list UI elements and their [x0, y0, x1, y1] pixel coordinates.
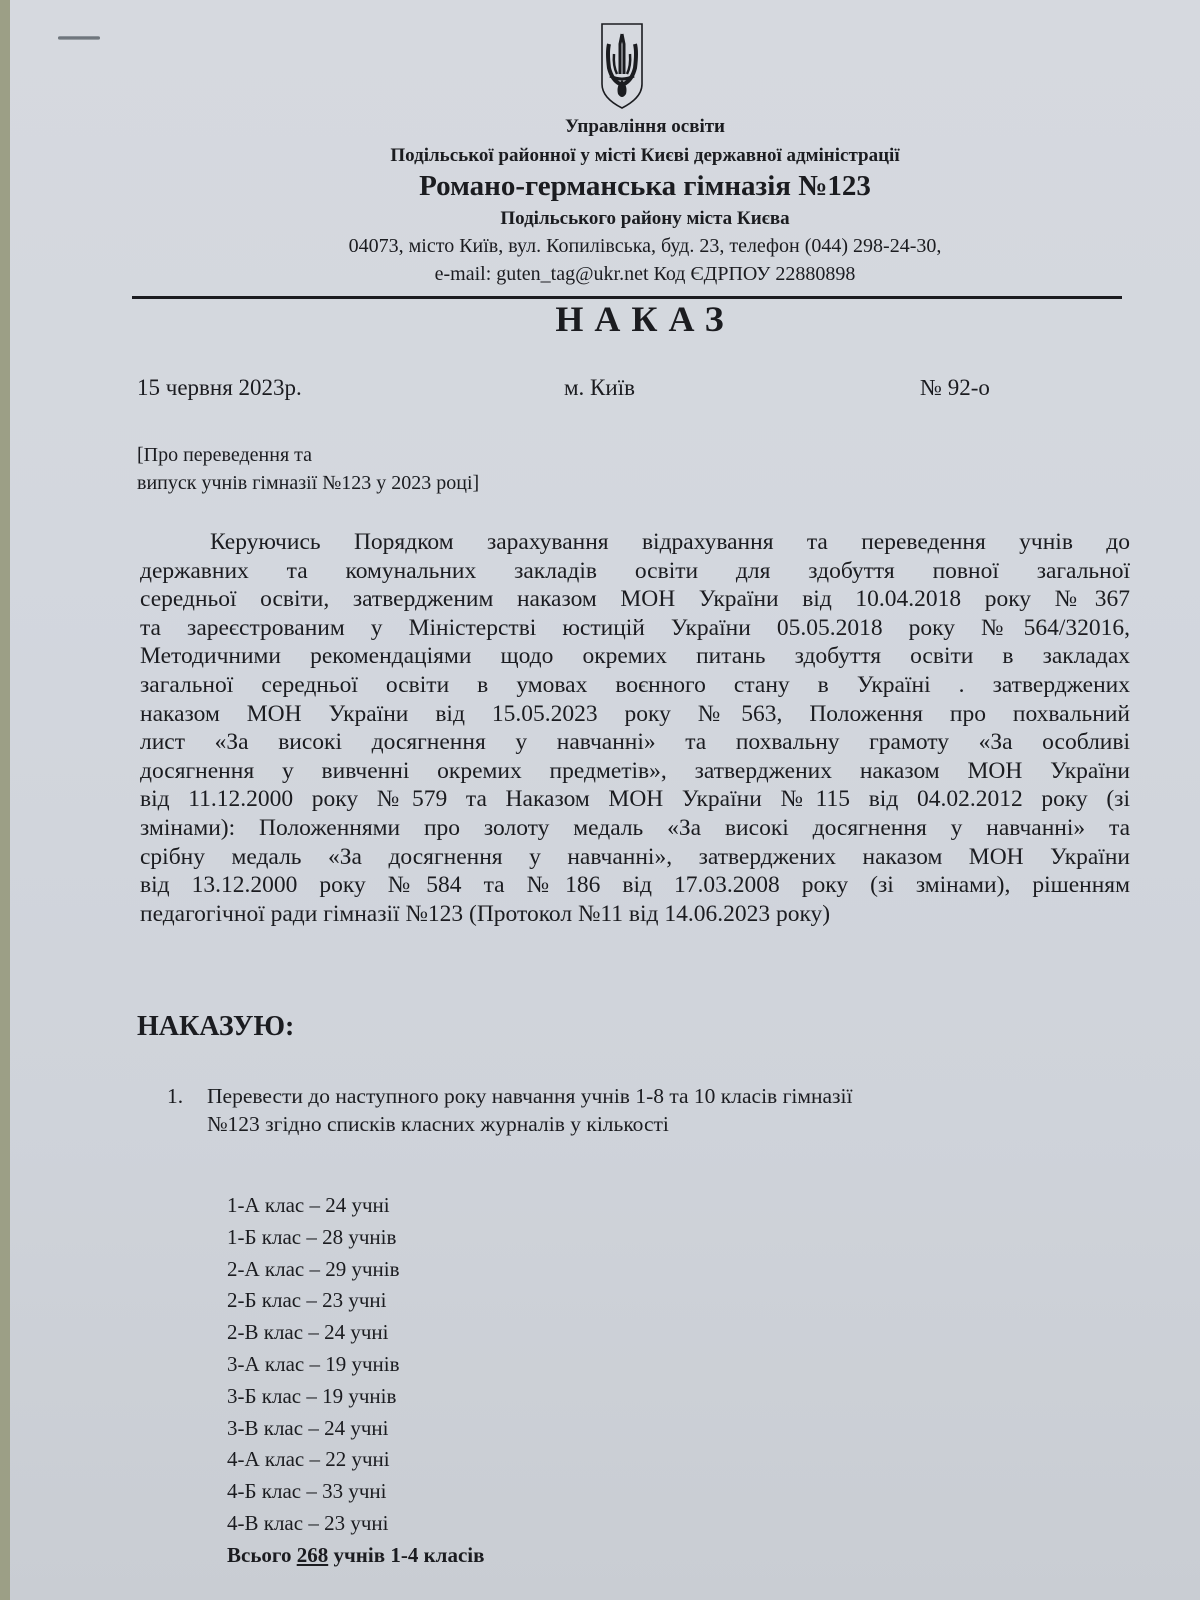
order-item-1: 1.Перевести до наступного року навчання …: [167, 1082, 852, 1138]
class-list-item: 2-А клас – 29 учнів: [227, 1254, 484, 1286]
preamble-line: загальної середньої освіти в умовах воєн…: [140, 671, 1130, 700]
order-date: 15 червня 2023р.: [137, 376, 302, 399]
class-list: 1-А клас – 24 учні 1-Б клас – 28 учнів 2…: [227, 1190, 484, 1572]
class-list-item: 2-Б клас – 23 учні: [227, 1285, 484, 1317]
preamble-line: Методичними рекомендаціями щодо окремих …: [140, 642, 1130, 671]
order-number: № 92-о: [920, 376, 990, 399]
coat-of-arms-of-ukraine-icon: [598, 14, 646, 110]
class-list-item: 3-Б клас – 19 учнів: [227, 1381, 484, 1413]
order-item-number: 1.: [167, 1082, 207, 1110]
letterhead-administration: Подільської районної у місті Києві держа…: [10, 146, 1200, 165]
class-list-item: 3-В клас – 24 учні: [227, 1413, 484, 1445]
class-list-item: 4-Б клас – 33 учні: [227, 1476, 484, 1508]
class-list-item: 4-А клас – 22 учні: [227, 1444, 484, 1476]
preamble-line: від 13.12.2000 року №584 та №186 від 17.…: [140, 871, 1130, 900]
preamble-paragraph: Керуючись Порядком зарахування відрахува…: [140, 528, 1130, 928]
preamble-line: від 11.12.2000 року №579 та Наказом МОН …: [140, 785, 1130, 814]
document-title: НАКАЗ: [10, 301, 1200, 337]
class-list-item: 1-А клас – 24 учні: [227, 1190, 484, 1222]
order-subject-line: [Про переведення та: [137, 441, 479, 469]
preamble-line: державних та комунальних закладів освіти…: [140, 557, 1130, 586]
staple-icon: [58, 36, 100, 40]
class-total-suffix: учнів 1-4 класів: [328, 1543, 484, 1567]
order-item-text: Перевести до наступного року навчання уч…: [207, 1084, 852, 1108]
preamble-line: срібну медаль «За досягнення у навчанні»…: [140, 843, 1130, 872]
order-heading: НАКАЗУЮ:: [137, 1013, 294, 1041]
preamble-line: наказом МОН України від 15.05.2023 року …: [140, 700, 1130, 729]
order-item-text-continued: №123 згідно списків класних журналів у к…: [167, 1110, 852, 1138]
letterhead-address: 04073, місто Київ, вул. Копилівська, буд…: [10, 236, 1200, 256]
class-total: Всього 268 учнів 1-4 класів: [227, 1540, 484, 1572]
preamble-line: лист «За високі досягнення у навчанні» т…: [140, 728, 1130, 757]
preamble-line: та зареєстрованим у Міністерстві юстицій…: [140, 614, 1130, 643]
letterhead-district: Подільського району міста Києва: [10, 209, 1200, 228]
letterhead-school-name: Романо-германська гімназія №123: [10, 172, 1200, 201]
document-page: Управління освіти Подільської районної у…: [10, 0, 1200, 1600]
preamble-line: середньої освіти, затвердженим наказом М…: [140, 585, 1130, 614]
class-total-prefix: Всього: [227, 1543, 297, 1567]
preamble-line: змінами): Положеннями про золоту медаль …: [140, 814, 1130, 843]
preamble-line: досягнення у вивченні окремих предметів»…: [140, 757, 1130, 786]
class-list-item: 2-В клас – 24 учні: [227, 1317, 484, 1349]
preamble-line: Керуючись Порядком зарахування відрахува…: [140, 528, 1130, 557]
class-list-item: 3-А клас – 19 учнів: [227, 1349, 484, 1381]
preamble-line: педагогічної ради гімназії №123 (Протоко…: [140, 900, 1130, 929]
letterhead-contacts: e-mail: guten_tag@ukr.net Код ЄДРПОУ 228…: [10, 264, 1200, 284]
class-total-value: 268: [297, 1543, 329, 1567]
class-list-item: 1-Б клас – 28 учнів: [227, 1222, 484, 1254]
class-list-item: 4-В клас – 23 учні: [227, 1508, 484, 1540]
letterhead-department: Управління освіти: [10, 117, 1200, 136]
order-subject: [Про переведення та випуск учнів гімназі…: [137, 441, 479, 497]
order-city: м. Київ: [564, 376, 635, 399]
order-subject-line: випуск учнів гімназії №123 у 2023 році]: [137, 469, 479, 497]
